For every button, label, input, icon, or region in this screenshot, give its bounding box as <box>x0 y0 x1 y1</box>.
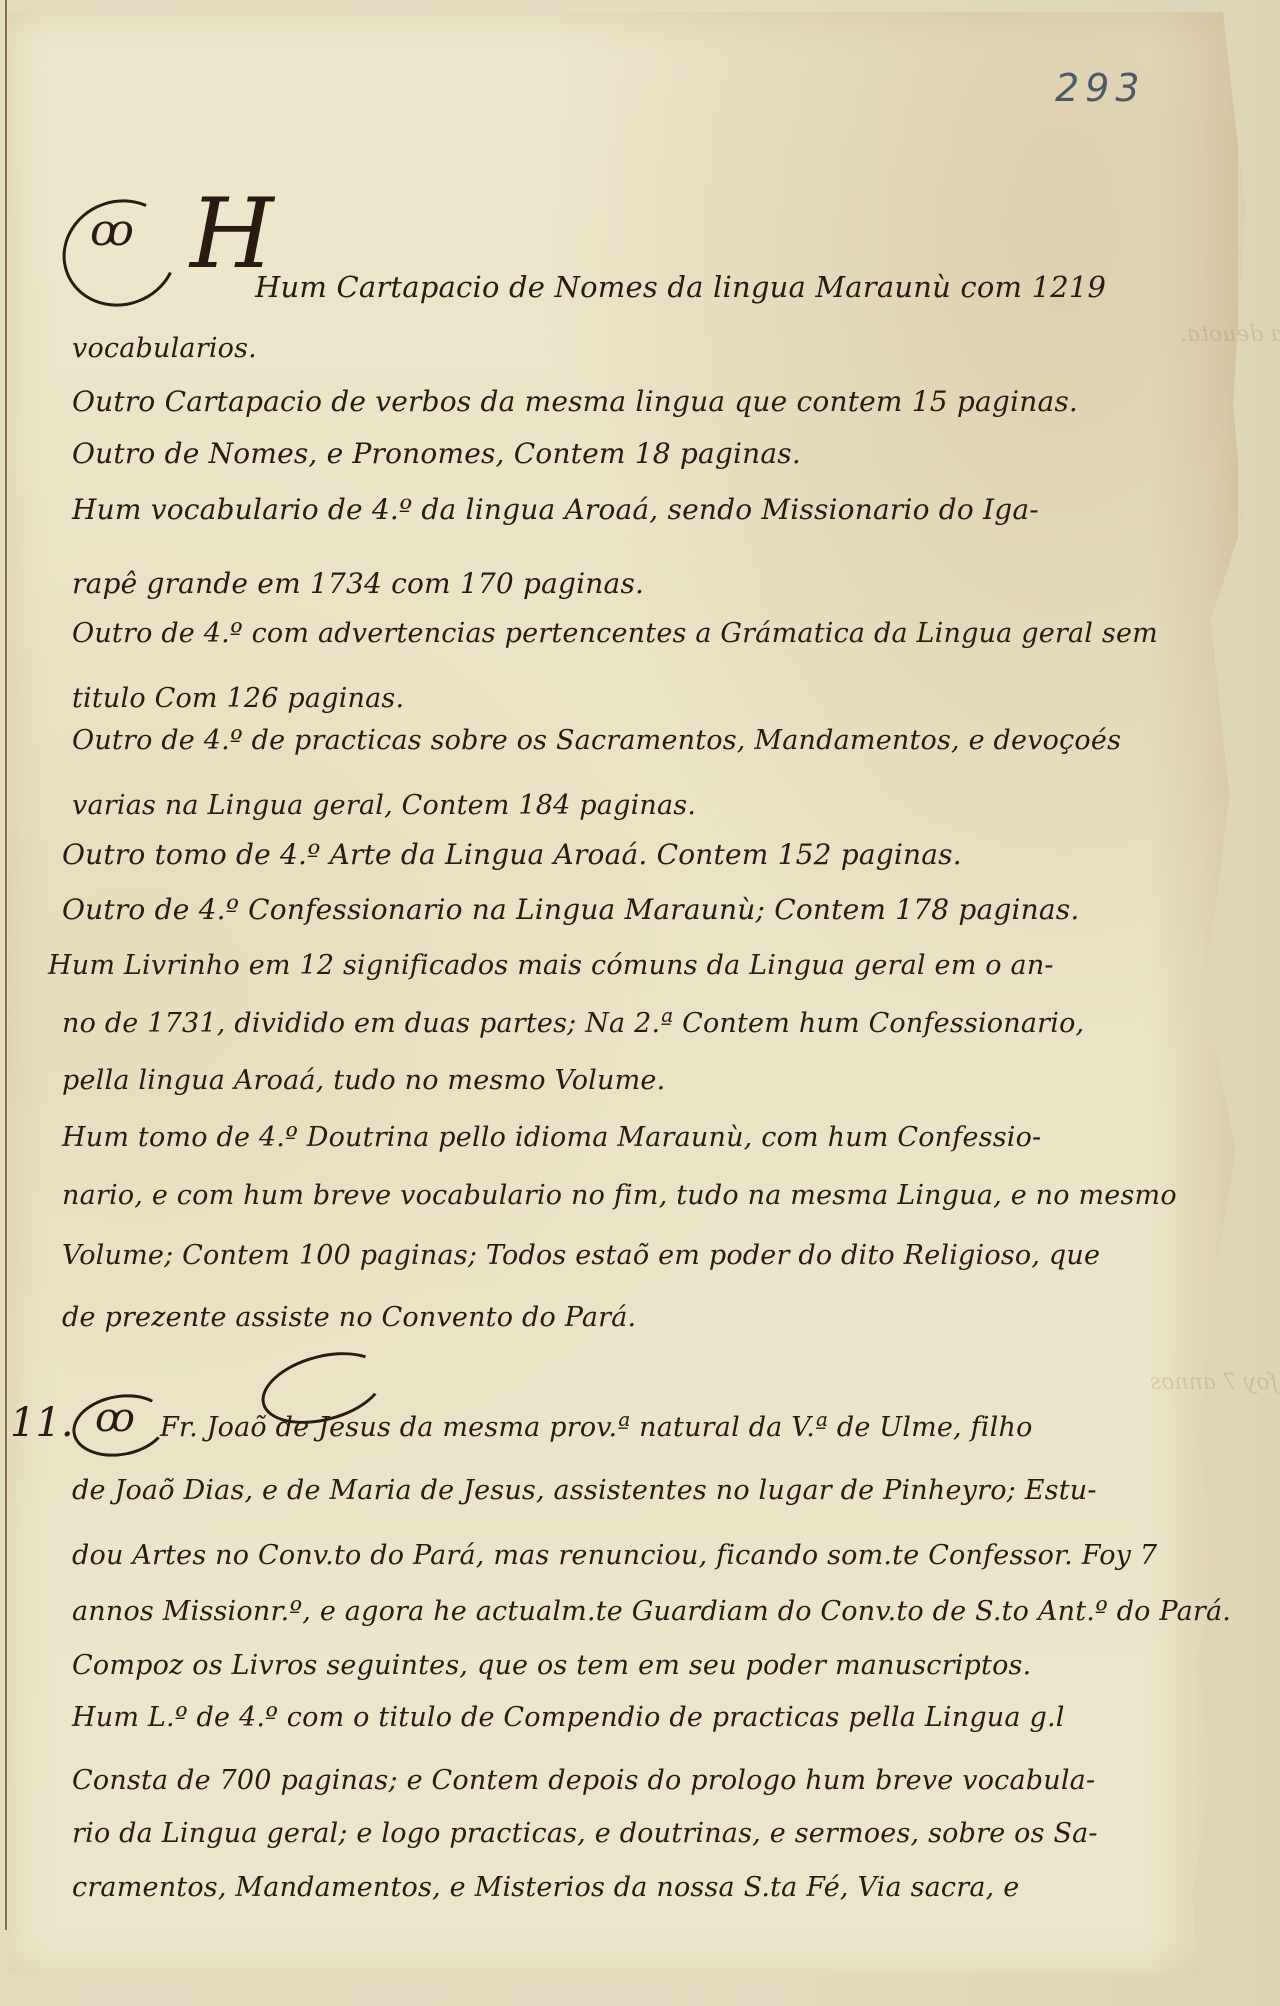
entry-5-line-2: titulo Com 126 paginas. <box>72 683 404 714</box>
section2-line-8: rio da Lingua geral; e logo practicas, e… <box>72 1818 1098 1849</box>
entry-10-line-1: Hum tomo de 4.º Doutrina pello idioma Ma… <box>62 1122 1041 1153</box>
entry-6-line-1: Outro de 4.º de practicas sobre os Sacra… <box>72 725 1121 756</box>
section2-line-9: cramentos, Mandamentos, e Misterios da n… <box>72 1872 1019 1903</box>
bleed-through-text: foy 7 annos <box>1150 1370 1278 1395</box>
entry-8-line-1: Outro de 4.º Confessionario na Lingua Ma… <box>62 893 1079 926</box>
entry-10-line-2: nario, e com hum breve vocabulario no fi… <box>62 1180 1177 1211</box>
section2-line-4: annos Missionr.º, e agora he actualm.te … <box>72 1596 1231 1627</box>
entry-4-line-1: Hum vocabulario de 4.º da lingua Aroaá, … <box>72 493 1039 526</box>
initial-flourish-loop-icon: ꝏ <box>95 1395 135 1441</box>
entry-1-line-2: vocabularios. <box>72 333 257 364</box>
bleed-through-text: coa deuota. <box>1180 322 1280 347</box>
entry-7-line-1: Outro tomo de 4.º Arte da Lingua Aroaá. … <box>62 838 962 871</box>
section2-line-6: Hum L.º de 4.º com o titulo de Compendio… <box>72 1702 1065 1733</box>
entry-3-line-1: Outro de Nomes, e Pronomes, Contem 18 pa… <box>72 437 801 470</box>
entry-1-line-1: Hum Cartapacio de Nomes da lingua Maraun… <box>255 270 1106 304</box>
entry-9-line-2: no de 1731, dividido em duas partes; Na … <box>62 1008 1084 1039</box>
entry-10-line-3: Volume; Contem 100 paginas; Todos estaõ … <box>62 1240 1100 1271</box>
entry-9-line-1: Hum Livrinho em 12 significados mais cóm… <box>48 950 1054 981</box>
entry-number: 11. <box>10 1400 74 1446</box>
binding-edge <box>5 0 7 1930</box>
entry-4-line-2: rapê grande em 1734 com 170 paginas. <box>72 567 644 600</box>
entry-5-line-1: Outro de 4.º com advertencias pertencent… <box>72 618 1158 649</box>
entry-2-line-1: Outro Cartapacio de verbos da mesma ling… <box>72 385 1078 418</box>
entry-9-line-3: pella lingua Aroaá, tudo no mesmo Volume… <box>62 1065 665 1096</box>
section2-line-2: de Joaõ Dias, e de Maria de Jesus, assis… <box>72 1475 1097 1506</box>
entry-10-line-4: de prezente assiste no Convento do Pará. <box>62 1302 636 1333</box>
section2-line-7: Consta de 700 paginas; e Contem depois d… <box>72 1765 1095 1796</box>
folio-number: 293 <box>1055 66 1146 110</box>
section2-line-5: Compoz os Livros seguintes, que os tem e… <box>72 1650 1031 1681</box>
section2-line-1: Fr. Joaõ de Jesus da mesma prov.ª natura… <box>160 1412 1033 1443</box>
entry-6-line-2: varias na Lingua geral, Contem 184 pagin… <box>72 790 696 821</box>
section2-line-3: dou Artes no Conv.to do Pará, mas renunc… <box>72 1540 1157 1571</box>
initial-flourish-loop-icon: ꝏ <box>90 205 134 256</box>
